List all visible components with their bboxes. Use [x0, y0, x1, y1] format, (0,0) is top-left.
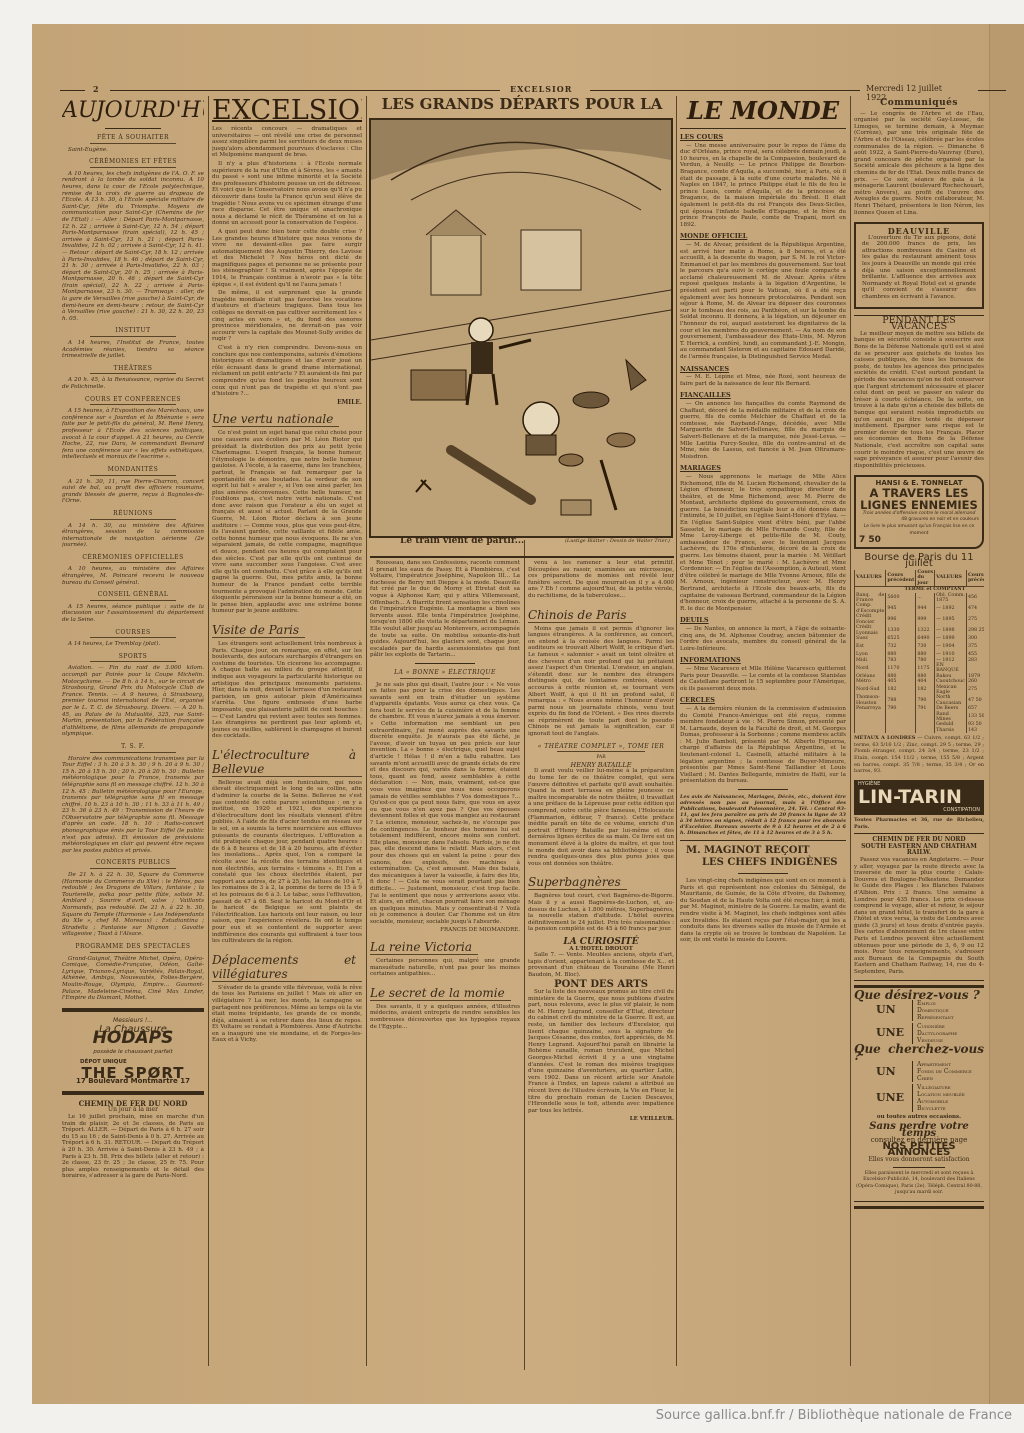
- bourse-cell: Crédit Foncier: [855, 614, 886, 625]
- aujourdhui-title: AUJOURD'HUI: [62, 96, 204, 126]
- pont-des-arts-title: PONT DES ARTS: [528, 982, 674, 989]
- bourse-cell: Est: [855, 641, 886, 652]
- bourse-cell: 182: [916, 685, 935, 696]
- bonne-electrique-signature: FRANCIS DE MIOMANDRE.: [370, 927, 520, 934]
- bourse-cell: 732: [886, 641, 916, 652]
- annonces-article: UNE: [876, 1030, 906, 1037]
- le-monde-section-heading: INFORMATIONS: [680, 657, 846, 664]
- le-monde-section-heading: LES COURS: [680, 134, 846, 141]
- bourse-cell: ...: [916, 593, 935, 604]
- article-text: Les étrangers sont actuellement très nom…: [212, 641, 362, 740]
- lintarin-brand: LIN-TARIN: [858, 787, 980, 807]
- bourse-cell: — 1904: [935, 641, 967, 652]
- bourse-row: Rand Mines133 50132 50: [855, 712, 985, 723]
- aujourdhui-section-text: De 21 h. à 22 h. 30, Square du Commerce …: [62, 872, 204, 938]
- metaux-text: Cuivre, compt. 63 1/2 ; terme, 63 5/16 1…: [854, 735, 984, 774]
- aujourdhui-section-text: Saint-Eugène.: [62, 147, 204, 154]
- ad-tagline: possède le chaussant parfait: [66, 1049, 200, 1056]
- bourse-cell: Nord-Sud: [855, 685, 886, 696]
- le-monde-column: LE MONDE LES COURS— Une messe anniversai…: [680, 96, 846, 1376]
- aujourdhui-section-heading: Fête à souhaiter: [62, 135, 204, 144]
- bourse-column-header: Cours précédent: [886, 570, 916, 587]
- aujourdhui-section-text: A 21 h. 30, 11, rue Pierre-Charron, conc…: [62, 479, 204, 505]
- column-rule: [208, 96, 209, 1366]
- annonces-article: UN: [876, 1007, 906, 1014]
- superbagneres-title: Superbagnères: [528, 875, 627, 890]
- annonces-options: AppartementFonds de CommerceChien: [912, 1061, 972, 1082]
- bourse-cell: Banq. de France: [855, 593, 886, 604]
- page-edge: [989, 24, 1024, 1404]
- nord-left-subtitle: Un jour à la mer: [62, 1107, 204, 1114]
- column-rule: [366, 96, 367, 1366]
- maginot-headline-1: M. MAGINOT REÇOIT: [686, 845, 846, 857]
- bourse-cell: 996: [886, 614, 916, 625]
- bourse-cell: 788: [886, 695, 916, 706]
- bourse-row: Nord11701175EN BANQUE: [855, 663, 985, 674]
- article-title: Déplacements et villégiatures: [212, 953, 362, 982]
- le-monde-section-heading: MONDE OFFICIEL: [680, 233, 846, 240]
- article-title: Une vertu nationale: [212, 412, 339, 427]
- aujourdhui-section-heading: Mondanités: [62, 467, 204, 476]
- maginot-text: Les vingt-cinq chefs indigènes qui sont …: [680, 878, 846, 944]
- vacances-title: PENDANT LES VACANCES: [854, 318, 984, 331]
- bourse-cell: — 1895: [935, 614, 967, 625]
- aujourdhui-section-heading: Courses: [62, 630, 204, 639]
- annonces-fine-print: Elles paraissent le mercredi et sont reç…: [854, 1171, 984, 1197]
- bourse-cell: 375: [966, 641, 984, 652]
- article-title: L'électroculture à Bellevue: [212, 748, 362, 777]
- le-monde-title: LE MONDE: [680, 96, 846, 126]
- bourse-column-header: Cours précédent: [966, 570, 984, 587]
- aujourdhui-section-text: A 15 heures, à l'Exposition des Maréchau…: [62, 408, 204, 461]
- bourse-cell: 1330: [886, 625, 916, 636]
- article-text: Ce n'est point un sujet banal que celui …: [212, 430, 362, 615]
- hansi-ad[interactable]: HANSI & E. TONNELAT A TRAVERS LES LIGNES…: [854, 475, 984, 549]
- editorial-paragraph: Il n'y a plus d'historiens : à l'Ecole n…: [212, 161, 362, 227]
- illustration-credit: (Lustige Blätter : Dessin de Walter Trie…: [565, 538, 670, 545]
- bourse-cell: 456: [966, 593, 984, 604]
- bourse-cell: 5600: [886, 593, 916, 604]
- annonces-question-1: Que désirez-vous ?: [854, 992, 984, 999]
- feature-column-a: Rousseau, dans ses Confessions, raconte …: [370, 560, 520, 1370]
- bonne-electrique-text: Je ne sais plus qui disait, l'autre jour…: [370, 682, 520, 926]
- annonces-option: Appartement: [917, 1061, 972, 1068]
- annonces-line-3: NOS PETITES ANNONCES: [854, 1144, 984, 1157]
- bourse-row: Thomson-Houston788790North Caucasian47 5…: [855, 695, 985, 706]
- le-monde-section-text: — M. E. Lépine et Mme, née Rozé, sont he…: [680, 374, 846, 387]
- annonces-option: Cuisinière: [917, 1023, 957, 1030]
- aujourdhui-section-heading: Programme des spectacles: [62, 944, 204, 953]
- bourse-title: Bourse de Paris du 11 juillet: [854, 555, 984, 568]
- column-rule: [676, 96, 677, 1366]
- feature-intro-text: Rousseau, dans ses Confessions, raconte …: [370, 560, 520, 659]
- article-text: Bellevue avait déjà son funiculaire, qui…: [212, 780, 362, 945]
- bourse-cell: North Caucasian: [935, 695, 967, 706]
- bourse-cell: Rand Mines: [935, 712, 967, 723]
- bourse-cell: Caoutchouc: [935, 679, 967, 684]
- bourse-cell: [966, 663, 984, 674]
- bourse-cell: [855, 712, 886, 723]
- pont-des-arts-text: Sur la liste des nouveaux promus au titr…: [528, 989, 674, 1114]
- curiosite-subtitle: A L'HOTEL DROUOT: [528, 946, 674, 953]
- annonces-group: UNEVillégiatureLocation meubléeAutomobil…: [876, 1084, 984, 1112]
- aujourdhui-section-text: Grand-Guignol, Théâtre Michel, Opéra, Op…: [62, 956, 204, 1002]
- bourse-cell: — 1892: [935, 603, 967, 614]
- feature-headline: LES GRANDS DÉPARTS POUR LA MER: [370, 94, 674, 116]
- running-head: EXCELSIOR: [510, 84, 572, 94]
- editorial-masthead: EXCELSIOR: [212, 96, 362, 126]
- annonces-options: EmploiDomestiqueReprésentant: [912, 1000, 954, 1021]
- le-monde-section-heading: NAISSANCES: [680, 366, 846, 373]
- metaux-title: MÉTAUX A LONDRES: [854, 735, 915, 741]
- aujourdhui-section-heading: Réunions: [62, 511, 204, 520]
- article-title: Visite de Paris: [212, 623, 305, 638]
- bourse-cell: [886, 728, 916, 733]
- bourse-cell: [916, 712, 935, 723]
- bourse-cell: Thomson-Houston: [855, 695, 886, 706]
- bourse-cell: 275: [966, 614, 984, 625]
- annonces-option: Domestique: [917, 1007, 954, 1014]
- bourse-cell: — 1898: [935, 625, 967, 636]
- annonces-group: UNECuisinièreDactylographeVendeuse: [876, 1023, 984, 1044]
- bourse-row: Crédit Foncier996999— 1895275274 50: [855, 614, 985, 625]
- bourse-cell: Comp. d'Escompte: [855, 603, 886, 614]
- aujourdhui-section-heading: Cérémonies officielles: [62, 555, 204, 564]
- editorial-signature: EMILE.: [212, 400, 362, 407]
- bourse-cell: 790: [916, 695, 935, 706]
- bourse-column-header: VALEURS: [935, 570, 967, 587]
- le-monde-section-text: — M. de Alvear, président de la Républiq…: [680, 242, 846, 361]
- avis-notice: Les avis de Naissances, Mariages, Décès,…: [680, 794, 846, 836]
- bourse-cell: 1175: [916, 663, 935, 674]
- annonces-option: Dactylographe: [917, 1030, 957, 1037]
- bourse-cell: [886, 712, 916, 723]
- theatre-text: Il avait voulu veiller lui-même à la pré…: [528, 768, 674, 867]
- le-monde-section-heading: CERCLES: [680, 697, 846, 704]
- article-text: S'évader de la grande ville fiévreuse, v…: [212, 985, 362, 1044]
- le-monde-sections: LES COURS— Une messe anniversaire pour l…: [680, 134, 846, 785]
- le-monde-section-text: — Nous apprenons le mariage de Mlle Alic…: [680, 474, 846, 612]
- ad-store-name: THE SPØRT: [66, 1070, 200, 1077]
- pont-des-arts-signature: LE VEILLEUR.: [528, 1116, 674, 1123]
- ornament-rule: [854, 1201, 984, 1209]
- aujourdhui-section-heading: Concerts publics: [62, 860, 204, 869]
- bourse-row: Comp. d'Escompte945944— 1892474472 50: [855, 603, 985, 614]
- deauville-title: DEAUVILLE: [862, 228, 976, 235]
- bourse-cell: EN BANQUE: [935, 663, 967, 674]
- petites-annonces-ad[interactable]: Que désirez-vous ? UNEmploiDomestiqueRep…: [854, 992, 984, 1197]
- aujourdhui-section-heading: Cérémonies et fêtes: [62, 159, 204, 168]
- hansi-title-2: LIGNES ENNEMIES: [859, 499, 979, 511]
- annonces-options: CuisinièreDactylographeVendeuse: [912, 1023, 957, 1044]
- feature-column-b: venu à les ramener à leur état primitif.…: [528, 560, 674, 1370]
- caption-rule: [370, 556, 674, 558]
- lintarin-ad[interactable]: HYGIÈNE LIN-TARIN CONSTIPATION: [854, 780, 984, 815]
- bourse-row: Banq. de France5600...Obl. Comm. 1875456…: [855, 593, 985, 604]
- aujourdhui-column: AUJOURD'HUI Fête à souhaiterSaint-Eugène…: [62, 96, 204, 1376]
- q2-groups: UNAppartementFonds de CommerceChienUNEVi…: [854, 1061, 984, 1112]
- feature-headline-wrap: LES GRANDS DÉPARTS POUR LA MER: [370, 94, 674, 116]
- annonces-option: Location meublée: [917, 1091, 965, 1098]
- aujourdhui-section-text: Horaire des communications transmises pa…: [62, 756, 204, 855]
- chinois-text: Moins que jamais il est permis d'ignorer…: [528, 626, 674, 738]
- annonces-question-2: Que cherchez-vous ?: [854, 1046, 984, 1059]
- bourse-cell: 143: [966, 728, 984, 733]
- bourse-cell: Nord: [855, 663, 886, 674]
- maginot-headline-2: LES CHEFS INDIGÈNES: [702, 857, 846, 869]
- deauville-box: DEAUVILLE L'ouverture du Tir aux pigeons…: [854, 222, 984, 309]
- column-rule: [524, 540, 525, 1370]
- deauville-text: L'ouverture du Tir aux pigeons, doté de …: [862, 235, 976, 301]
- le-monde-section-text: — Mme Vacaresco et Mlle Hélène Vacaresco…: [680, 666, 846, 692]
- bourse-cell: Obl. Comm. 1875: [935, 593, 967, 604]
- nord-left-text: Le 16 juillet prochain, mise en marche d…: [62, 1114, 204, 1180]
- aujourdhui-section-heading: Sports: [62, 654, 204, 663]
- ornament-rule: [854, 980, 984, 988]
- editorial-column: EXCELSIOR Les récents concours — dramati…: [212, 96, 362, 1376]
- bourse-column-header: VALEURS: [855, 570, 886, 587]
- annonces-option: Chien: [917, 1075, 972, 1082]
- annonces-line-4: Elles vous donneront satisfaction: [854, 1157, 984, 1164]
- chinois-title: Chinois de Paris: [528, 608, 633, 623]
- bonne-electrique-title: LA « BONNE » ÉLECTRIQUE: [370, 670, 520, 679]
- annonces-option: Représentant: [917, 1014, 954, 1021]
- lintarin-where: Toutes Pharmacies et 36, rue de Richelie…: [854, 817, 984, 830]
- bourse-cell: 1322: [916, 625, 935, 636]
- aujourdhui-section-text: A 15 heures, séance publique : suite de …: [62, 604, 204, 624]
- communiques-text: — Le congrès de l'Arbre et de l'Eau, org…: [854, 111, 984, 217]
- bourse-cell: 275: [966, 685, 984, 696]
- secret-momie-title: Le secret de la momie: [370, 986, 511, 1001]
- aujourdhui-section-text: Aviation. — Fin du raid de 3.000 kilom. …: [62, 665, 204, 738]
- annonces-article: UN: [876, 1069, 906, 1076]
- superbagneres-text: Bagnères tout court, c'est Bagnères-de-B…: [528, 893, 674, 933]
- bourse-cell: 730: [916, 641, 935, 652]
- momie-continued-text: venu à les ramener à leur état primitif.…: [528, 560, 674, 600]
- page-number: 2: [93, 84, 99, 94]
- annonces-option: Automobile: [917, 1098, 965, 1105]
- annonces-option: Bicyclette: [917, 1105, 965, 1112]
- theatre-complet-title: « THÉATRE COMPLET », TOME Ier: [528, 744, 674, 753]
- bourse-cell: 999: [916, 614, 935, 625]
- cartoon-drawing: [371, 120, 671, 536]
- source-credit: Source gallica.bnf.fr / Bibliothèque nat…: [0, 1408, 1012, 1423]
- le-monde-section-heading: DEUILS: [680, 617, 846, 624]
- annonces-options: VillégiatureLocation meubléeAutomobileBi…: [912, 1084, 965, 1112]
- bourse-cell: 47 50: [966, 695, 984, 706]
- bourse-row: Nord-Sud182182Mexican Eagle275268 50: [855, 685, 985, 696]
- bourse-row: Est732730— 1904375373 75: [855, 641, 985, 652]
- ad-intro: Messieurs !...: [66, 1018, 200, 1025]
- aujourdhui-section-text: A 10 heures, au ministère des Affaires é…: [62, 566, 204, 586]
- annonces-article: UNE: [876, 1095, 906, 1102]
- annonces-other: ou toutes autres occasions.: [854, 1114, 984, 1121]
- aujourdhui-section-heading: Théâtres: [62, 366, 204, 375]
- le-monde-section-heading: MARIAGES: [680, 465, 846, 472]
- col2-articles: Une vertu nationaleCe n'est point un suj…: [212, 406, 362, 1044]
- curiosite-title: LA CURIOSITÉ: [528, 939, 674, 946]
- aujourdhui-section-heading: Cours et conférences: [62, 397, 204, 406]
- editorial-paragraph: Les récents concours — dramatiques et un…: [212, 126, 362, 159]
- communiques-title: Communiqués: [854, 100, 984, 107]
- nord-right-subtitle: SOUTH EASTERN AND CHATHAM RAILW.: [854, 844, 984, 857]
- bourse-cell: 945: [886, 603, 916, 614]
- illustration-caption: Le train vient de partir...: [400, 538, 524, 546]
- nord-right-text: Passez vos vacances en Angleterre. — Pou…: [854, 857, 984, 976]
- curiosite-text: Salle 7. — Vente. Meubles anciens, objet…: [528, 952, 674, 978]
- vacances-text: Le meilleur moyen de mettre ses billets …: [854, 331, 984, 469]
- bourse-cell: Mexican Eagle: [935, 685, 967, 696]
- victoria-title: La reine Victoria: [370, 940, 478, 955]
- aujourdhui-section-text: A 14 heures, l'Institut de France, toute…: [62, 340, 204, 360]
- annonces-option: Villégiature: [917, 1084, 965, 1091]
- right-column: Communiqués — Le congrès de l'Arbre et d…: [854, 96, 984, 1376]
- bourse-row: Tharsis143141: [855, 728, 985, 733]
- bourse-row: Crédit Lyonnais13301322— 1898298 25296 5…: [855, 625, 985, 636]
- illustration-caption-row: Le train vient de partir... (Lustige Blä…: [370, 538, 674, 552]
- bourse-cell: 1170: [886, 663, 916, 674]
- ad-address: 17 Boulevard Montmartre 17: [66, 1078, 200, 1085]
- q1-groups: UNEmploiDomestiqueReprésentantUNECuisini…: [854, 1000, 984, 1044]
- cartoon-illustration: [369, 118, 673, 538]
- le-monde-section-text: — On annonce les fiançailles du comte Ra…: [680, 401, 846, 460]
- bourse-cell: 298 25: [966, 625, 984, 636]
- editorial-paragraph: C'est à n'y rien comprendre. Devons-nous…: [212, 345, 362, 398]
- annonces-option: Fonds de Commerce: [917, 1068, 972, 1075]
- le-monde-section-text: — De Nantes, on annonce la mort, à l'âge…: [680, 626, 846, 652]
- bourse-cell: [916, 728, 935, 733]
- le-monde-section-text: — Une messe anniversaire pour le repos d…: [680, 143, 846, 229]
- bourse-table: VALEURSCours précédentCours du jourVALEU…: [854, 570, 984, 733]
- editorial-paragraph: A quoi peut donc bien tenir cette double…: [212, 229, 362, 288]
- annonces-group: UNEmploiDomestiqueReprésentant: [876, 1000, 984, 1021]
- bourse-cell: Crédit Lyonnais: [855, 625, 886, 636]
- aujourdhui-section-text: A 14 h. 30, au ministère des Affaires ét…: [62, 523, 204, 549]
- annonces-group: UNAppartementFonds de CommerceChien: [876, 1061, 984, 1082]
- hansi-price: 7 50: [859, 537, 979, 544]
- bourse-cell: [855, 728, 886, 733]
- lintarin-tag: CONSTIPATION: [858, 807, 980, 814]
- bourse-cell: 944: [916, 603, 935, 614]
- bourse-cell: 182: [886, 685, 916, 696]
- aujourdhui-sections: Fête à souhaiterSaint-Eugène.Cérémonies …: [62, 135, 204, 1002]
- aujourdhui-section-text: A 14 heures, Le Tremblay (plat).: [62, 641, 204, 648]
- le-monde-section-heading: FIANÇAILLES: [680, 392, 846, 399]
- aujourdhui-section-text: A 10 heures, les chefs indigènes de l'A.…: [62, 171, 204, 323]
- bourse-cell: 474: [966, 603, 984, 614]
- editorial-paragraph: De même, il est surprenant que la grande…: [212, 290, 362, 343]
- ad-brand: HODAPS: [93, 1028, 174, 1048]
- aujourdhui-section-heading: Conseil général: [62, 592, 204, 601]
- bourse-cell: 133 50: [966, 712, 984, 723]
- annonces-option: Emploi: [917, 1000, 954, 1007]
- aujourdhui-section-heading: T. S. F.: [62, 744, 204, 753]
- column-rule: [850, 96, 851, 1366]
- aujourdhui-section-text: A 20 h. 45, à la Renaissance, reprise du…: [62, 377, 204, 390]
- aujourdhui-section-heading: Institut: [62, 328, 204, 337]
- le-monde-section-text: — A la dernière réunion de la commission…: [680, 706, 846, 785]
- hodaps-ad[interactable]: Messieurs !... La Chaussure HODAPS possè…: [62, 1008, 204, 1095]
- bourse-column-header: Cours du jour: [916, 570, 935, 587]
- editorial-body: Les récents concours — dramatiques et un…: [212, 126, 362, 398]
- bourse-cell: Tharsis: [935, 728, 967, 733]
